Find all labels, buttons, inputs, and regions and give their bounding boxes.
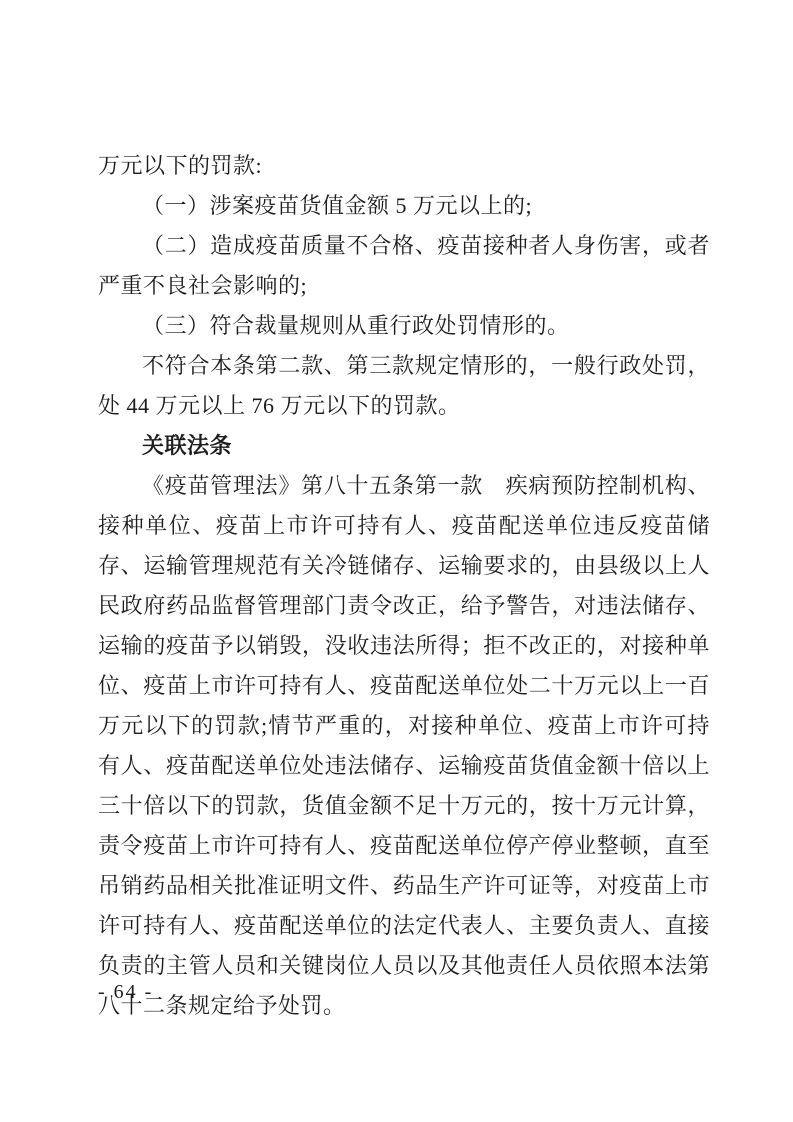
paragraph-penalty-range: 不符合本条第二款、第三款规定情形的，一般行政处罚，处 44 万元以上 76 万元… xyxy=(98,346,710,426)
paragraph-continuation: 万元以下的罚款: xyxy=(98,146,710,186)
paragraph-related-law: 《疫苗管理法》第八十五条第一款 疾病预防控制机构、接种单位、疫苗上市许可持有人、… xyxy=(98,466,710,1026)
list-item-1: （一）涉案疫苗货值金额 5 万元以上的; xyxy=(98,186,710,226)
section-heading-related-law: 关联法条 xyxy=(98,426,710,466)
list-item-3: （三）符合裁量规则从重行政处罚情形的。 xyxy=(98,306,710,346)
page-number: - 64 - xyxy=(98,980,153,1004)
document-page: 万元以下的罚款: （一）涉案疫苗货值金额 5 万元以上的; （二）造成疫苗质量不… xyxy=(0,0,793,1122)
document-body: 万元以下的罚款: （一）涉案疫苗货值金额 5 万元以上的; （二）造成疫苗质量不… xyxy=(98,146,710,1026)
list-item-2: （二）造成疫苗质量不合格、疫苗接种者人身伤害，或者严重不良社会影响的; xyxy=(98,226,710,306)
